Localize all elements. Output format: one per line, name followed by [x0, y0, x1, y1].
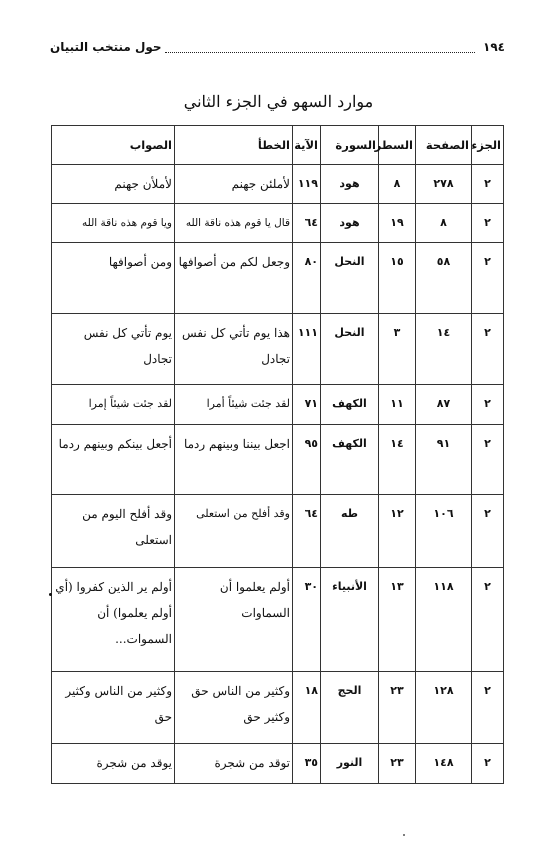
- table-header-row: الجزء الصفحة السطر السورة الآية الخطأ ال…: [52, 126, 504, 165]
- cell-page: ٨: [416, 204, 472, 243]
- cell-juz: ٢: [472, 204, 504, 243]
- col-header-sura: السورة: [321, 126, 379, 165]
- table-row: ٢ ٢٧٨ ٨ هود ١١٩ لأملئن جهنم لأملأن جهنم: [52, 165, 504, 204]
- cell-juz: ٢: [472, 568, 504, 672]
- cell-juz: ٢: [472, 385, 504, 425]
- cell-aya: ٧١: [293, 385, 321, 425]
- cell-correct: ومن أصوافها: [52, 243, 175, 314]
- cell-error: لأملئن جهنم: [175, 165, 293, 204]
- cell-error: لقد جئت شيئاً أمرا: [175, 385, 293, 425]
- cell-error: أولم يعلموا أن السماوات: [175, 568, 293, 672]
- table-row: ٢ ١١٨ ١٣ الأنبياء ٣٠ أولم يعلموا أن السم…: [52, 568, 504, 672]
- cell-correct: وكثير من الناس وكثير حق: [52, 672, 175, 744]
- cell-error: وجعل لكم من أصوافها: [175, 243, 293, 314]
- cell-sura: طه: [321, 495, 379, 568]
- cell-error: قال يا قوم هذه ناقة الله: [175, 204, 293, 243]
- leader-dots: [165, 46, 475, 53]
- cell-line: ١٤: [379, 425, 416, 495]
- page-number: ١٩٤: [483, 40, 505, 54]
- cell-sura: الأنبياء: [321, 568, 379, 672]
- table-row: ٢ ٥٨ ١٥ النحل ٨٠ وجعل لكم من أصوافها ومن…: [52, 243, 504, 314]
- cell-juz: ٢: [472, 744, 504, 784]
- cell-line: ١٢: [379, 495, 416, 568]
- cell-error: توقد من شجرة: [175, 744, 293, 784]
- cell-aya: ٨٠: [293, 243, 321, 314]
- cell-line: ١٥: [379, 243, 416, 314]
- cell-line: ١٣: [379, 568, 416, 672]
- cell-sura: الكهف: [321, 385, 379, 425]
- cell-page: ٥٨: [416, 243, 472, 314]
- table-row: ٢ ١٤ ٣ النحل ١١١ هذا يوم تأتي كل نفس تجا…: [52, 314, 504, 385]
- table-row: ٢ ١٢٨ ٢٣ الحج ١٨ وكثير من الناس حق وكثير…: [52, 672, 504, 744]
- col-header-error: الخطأ: [175, 126, 293, 165]
- cell-aya: ٦٤: [293, 495, 321, 568]
- cell-page: ٨٧: [416, 385, 472, 425]
- col-header-page: الصفحة: [416, 126, 472, 165]
- cell-juz: ٢: [472, 314, 504, 385]
- cell-sura: الحج: [321, 672, 379, 744]
- cell-line: ٨: [379, 165, 416, 204]
- cell-juz: ٢: [472, 165, 504, 204]
- cell-juz: ٢: [472, 425, 504, 495]
- running-title: حول منتخب التبيان: [50, 40, 162, 54]
- cell-correct: ويا قوم هذه ناقة الله: [52, 204, 175, 243]
- cell-page: ٢٧٨: [416, 165, 472, 204]
- cell-aya: ٣٥: [293, 744, 321, 784]
- cell-page: ١١٨: [416, 568, 472, 672]
- cell-aya: ١١٩: [293, 165, 321, 204]
- cell-correct: لأملأن جهنم: [52, 165, 175, 204]
- cell-juz: ٢: [472, 243, 504, 314]
- cell-aya: ٣٠: [293, 568, 321, 672]
- table-row: ٢ ١٠٦ ١٢ طه ٦٤ وقد أفلح من استعلى وقد أف…: [52, 495, 504, 568]
- cell-line: ٣: [379, 314, 416, 385]
- cell-line: ١٩: [379, 204, 416, 243]
- cell-correct: لقد جئت شيئاً إمرا: [52, 385, 175, 425]
- cell-error: اجعل بيننا وبينهم ردما: [175, 425, 293, 495]
- cell-aya: ١٨: [293, 672, 321, 744]
- cell-line: ١١: [379, 385, 416, 425]
- cell-line: ٢٣: [379, 672, 416, 744]
- cell-error: وقد أفلح من استعلى: [175, 495, 293, 568]
- cell-line: ٢٣: [379, 744, 416, 784]
- cell-aya: ٩٥: [293, 425, 321, 495]
- cell-juz: ٢: [472, 672, 504, 744]
- cell-error: هذا يوم تأتي كل نفس تجادل: [175, 314, 293, 385]
- cell-page: ١٤: [416, 314, 472, 385]
- cell-page: ١٤٨: [416, 744, 472, 784]
- errata-table: الجزء الصفحة السطر السورة الآية الخطأ ال…: [51, 125, 504, 784]
- cell-page: ١٠٦: [416, 495, 472, 568]
- col-header-aya: الآية: [293, 126, 321, 165]
- cell-correct: وقد أفلح اليوم من استعلى: [52, 495, 175, 568]
- cell-page: ١٢٨: [416, 672, 472, 744]
- running-header: ١٩٤ حول منتخب التبيان: [50, 40, 505, 60]
- cell-sura: الكهف: [321, 425, 379, 495]
- cell-aya: ٦٤: [293, 204, 321, 243]
- cell-juz: ٢: [472, 495, 504, 568]
- cell-error: وكثير من الناس حق وكثير حق: [175, 672, 293, 744]
- scan-speck: [403, 834, 405, 836]
- cell-correct: يوم تأتي كل نفس تجادل: [52, 314, 175, 385]
- table-row: ٢ ٨ ١٩ هود ٦٤ قال يا قوم هذه ناقة الله و…: [52, 204, 504, 243]
- table-row: ٢ ١٤٨ ٢٣ النور ٣٥ توقد من شجرة يوقد من ش…: [52, 744, 504, 784]
- margin-mark: [49, 593, 52, 596]
- table-title: موارد السهو في الجزء الثاني: [0, 92, 557, 111]
- cell-correct: أجعل بينكم وبينهم ردما: [52, 425, 175, 495]
- cell-page: ٩١: [416, 425, 472, 495]
- cell-sura: النحل: [321, 243, 379, 314]
- cell-aya: ١١١: [293, 314, 321, 385]
- cell-sura: النور: [321, 744, 379, 784]
- cell-sura: هود: [321, 204, 379, 243]
- cell-sura: هود: [321, 165, 379, 204]
- cell-correct: أولم ير الذين كفروا (أي أولم يعلموا) أن …: [52, 568, 175, 672]
- table-row: ٢ ٩١ ١٤ الكهف ٩٥ اجعل بيننا وبينهم ردما …: [52, 425, 504, 495]
- col-header-line: السطر: [379, 126, 416, 165]
- col-header-juz: الجزء: [472, 126, 504, 165]
- col-header-correct: الصواب: [52, 126, 175, 165]
- cell-correct: يوقد من شجرة: [52, 744, 175, 784]
- cell-sura: النحل: [321, 314, 379, 385]
- table-row: ٢ ٨٧ ١١ الكهف ٧١ لقد جئت شيئاً أمرا لقد …: [52, 385, 504, 425]
